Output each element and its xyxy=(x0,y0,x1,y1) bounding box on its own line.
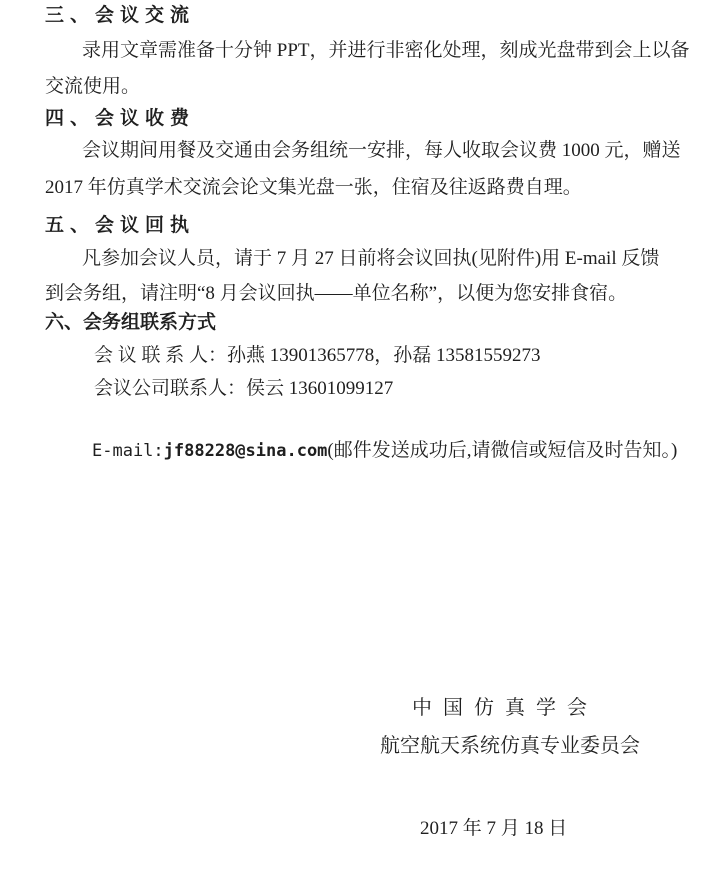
section-6-heading: 六、会务组联系方式 xyxy=(45,311,216,335)
section-4-heading: 四、会议收费 xyxy=(45,107,195,131)
section-5-paragraph-line-1: 凡参加会议人员，请于 7 月 27 日前将会议回执(见附件)用 E-mail 反… xyxy=(82,247,659,271)
section-3-paragraph-line-2: 交流使用。 xyxy=(45,75,140,99)
email-label: E-mail: xyxy=(92,441,164,461)
contact-line-company: 会议公司联系人：侯云 13601099127 xyxy=(94,377,393,401)
contact-line-meeting: 会 议 联 系 人：孙燕 13901365778，孙磊 13581559273 xyxy=(94,344,541,368)
section-3-paragraph-line-1: 录用文章需准备十分钟 PPT，并进行非密化处理，刻成光盘带到会上以备 xyxy=(82,39,690,63)
signature-org-line-2: 航空航天系统仿真专业委员会 xyxy=(380,734,640,758)
section-4-paragraph-line-2: 2017 年仿真学术交流会论文集光盘一张，住宿及往返路费自理。 xyxy=(45,176,582,200)
email-note: (邮件发送成功后,请微信或短信及时告知。) xyxy=(327,440,677,461)
section-4-paragraph-line-1: 会议期间用餐及交通由会务组统一安排，每人收取会议费 1000 元，赠送 xyxy=(82,139,681,163)
email-line: E-mail:jf88228@sina.com(邮件发送成功后,请微信或短信及时… xyxy=(92,439,677,463)
document-page: 三、会议交流 录用文章需准备十分钟 PPT，并进行非密化处理，刻成光盘带到会上以… xyxy=(0,0,708,890)
email-address: jf88228@sina.com xyxy=(164,441,328,461)
section-5-heading: 五、会议回执 xyxy=(45,214,195,238)
signature-org-line-1: 中 国 仿 真 学 会 xyxy=(412,696,590,720)
signature-date: 2017 年 7 月 18 日 xyxy=(420,817,567,841)
section-5-paragraph-line-2: 到会务组，请注明“8 月会议回执——单位名称”，以便为您安排食宿。 xyxy=(45,282,627,306)
section-3-heading: 三、会议交流 xyxy=(45,4,195,28)
